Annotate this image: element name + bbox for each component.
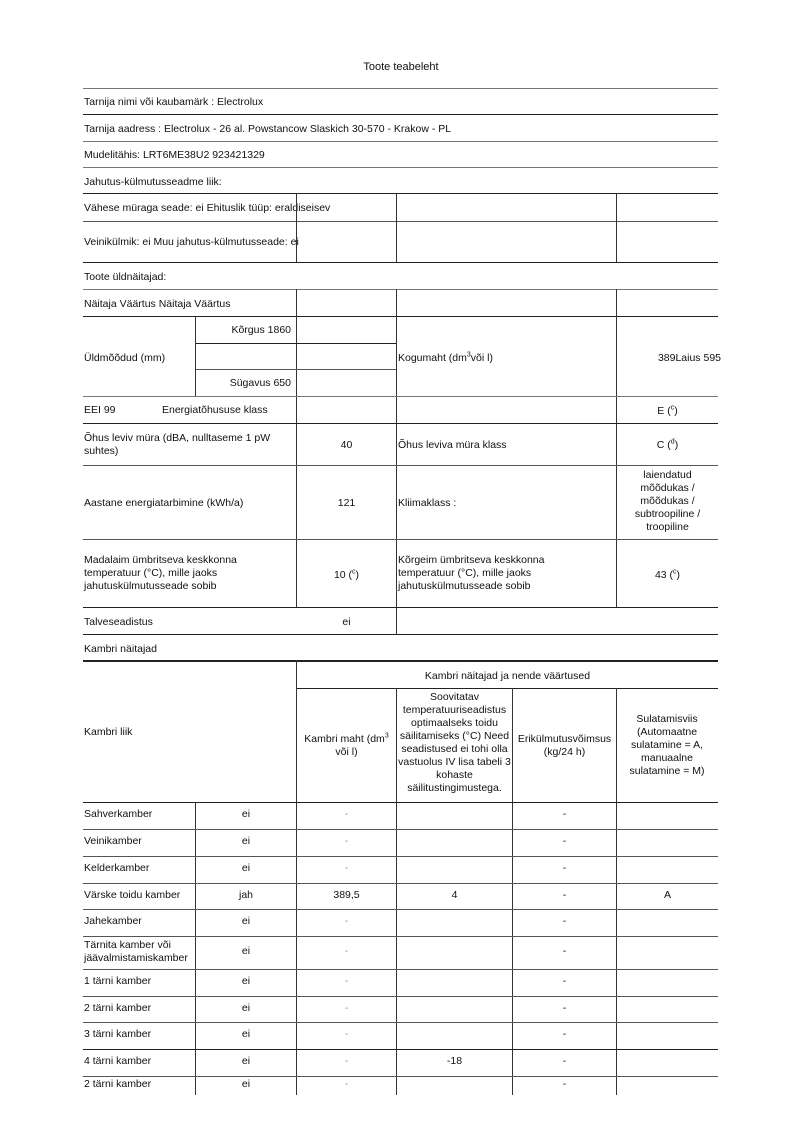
page-title: Toote teabeleht <box>0 61 802 73</box>
compartment-freeze: - <box>513 975 616 988</box>
divider <box>83 465 718 466</box>
compartment-freeze: - <box>513 889 616 902</box>
divider <box>83 802 718 803</box>
divider <box>83 396 718 397</box>
divider <box>83 660 718 662</box>
compartment-name: Kelderkamber <box>84 862 196 875</box>
compartment-volume: - <box>297 975 396 988</box>
divider <box>83 883 718 884</box>
parameter-header: Näitaja Väärtus Näitaja Väärtus <box>84 298 231 311</box>
compartment-name: 2 tärni kamber <box>84 1002 196 1015</box>
compartment-present: ei <box>196 1028 296 1041</box>
low-noise-row: Vähese müraga seade: ei Ehituslik tüüp: … <box>84 202 330 215</box>
divider <box>83 289 718 290</box>
divider <box>396 193 397 262</box>
divider <box>83 856 718 857</box>
divider <box>83 88 718 89</box>
compartment-volume: - <box>297 915 396 928</box>
max-temp-label: Kõrgeim ümbritseva keskkonna temperatuur… <box>398 554 568 593</box>
compartment-volume: - <box>297 835 396 848</box>
compartment-defrost-header: Sulatamisviis (Automaatne sulatamine = A… <box>620 713 714 778</box>
divider <box>83 829 718 830</box>
compartment-present: jah <box>196 889 296 902</box>
compartment-present: ei <box>196 808 296 821</box>
compartment-freeze: - <box>513 1028 616 1041</box>
compartment-name: 1 tärni kamber <box>84 975 196 988</box>
divider <box>196 369 396 370</box>
divider <box>83 316 718 317</box>
compartment-name: Värske toidu kamber <box>84 889 196 902</box>
compartment-present: ei <box>196 915 296 928</box>
compartment-volume: - <box>297 945 396 958</box>
compartment-temp: -18 <box>397 1055 512 1068</box>
compartment-freeze: - <box>513 1055 616 1068</box>
divider <box>83 634 718 635</box>
divider <box>297 688 718 689</box>
appliance-type-heading: Jahutus-külmutusseadme liik: <box>84 176 222 189</box>
compartment-freeze: - <box>513 1002 616 1015</box>
height-value: Kõrgus 1860 <box>196 324 291 337</box>
compartment-present: ei <box>196 945 296 958</box>
noise-class-value: C (d) <box>617 439 718 452</box>
compartment-volume: - <box>297 1055 396 1068</box>
compartment-freeze: - <box>513 1078 616 1091</box>
compartment-freeze: - <box>513 915 616 928</box>
dimensions-label: Üldmõõdud (mm) <box>84 352 165 365</box>
divider <box>83 114 718 115</box>
compartment-present: ei <box>196 1002 296 1015</box>
climate-class-value: laiendatud mõõdukas / mõõdukas / subtroo… <box>622 469 713 534</box>
compartment-volume: - <box>297 1028 396 1041</box>
noise-class-label: Õhus leviva müra klass <box>398 439 507 452</box>
divider <box>196 343 396 344</box>
winter-setting-label: Talveseadistus <box>84 616 153 629</box>
noise-label: Õhus leviv müra (dBA, nulltaseme 1 pW su… <box>84 432 289 458</box>
divider <box>83 1049 718 1050</box>
compartment-present: ei <box>196 835 296 848</box>
noise-value: 40 <box>297 439 396 452</box>
compartment-present: ei <box>196 975 296 988</box>
energy-class-label: Energiatõhususe klass <box>162 404 268 417</box>
divider <box>83 221 718 222</box>
climate-class-label: Kliimaklass : <box>398 497 456 510</box>
divider <box>83 969 718 970</box>
divider <box>83 1022 718 1023</box>
divider <box>83 996 718 997</box>
compartment-name: 3 tärni kamber <box>84 1028 196 1041</box>
depth-value: Sügavus 650 <box>196 377 291 390</box>
compartment-present: ei <box>196 1055 296 1068</box>
compartment-volume: - <box>297 808 396 821</box>
compartment-name: 4 tärni kamber <box>84 1055 196 1068</box>
divider <box>396 289 397 634</box>
min-temp-value: 10 (c) <box>297 569 396 582</box>
compartment-freeze: - <box>513 862 616 875</box>
total-volume-label: Kogumaht (dm3või l) <box>398 352 493 365</box>
divider <box>83 539 718 540</box>
divider <box>83 193 718 194</box>
compartment-type-header: Kambri liik <box>84 726 132 739</box>
compartment-name: Veinikamber <box>84 835 196 848</box>
eei-value: EEI 99 <box>84 404 116 417</box>
compartment-freeze: - <box>513 835 616 848</box>
compartment-defrost: A <box>617 889 718 902</box>
max-temp-value: 43 (c) <box>617 569 718 582</box>
supplier-name: Tarnija nimi või kaubamärk : Electrolux <box>84 96 263 109</box>
compartment-volume: - <box>297 1002 396 1015</box>
compartment-freeze-header: Erikülmutusvõimsus (kg/24 h) <box>513 733 616 759</box>
compartment-name: 2 tärni kamber <box>84 1078 196 1091</box>
winter-setting-value: ei <box>297 616 396 629</box>
compartment-present: ei <box>196 862 296 875</box>
divider <box>83 423 718 424</box>
divider <box>296 193 297 262</box>
model-identifier: Mudelitähis: LRT6ME38U2 923421329 <box>84 149 265 162</box>
annual-energy-value: 121 <box>297 497 396 510</box>
compartment-temp-header: Soovitatav temperatuuriseadistus optimaa… <box>397 691 512 795</box>
general-heading: Toote üldnäitajad: <box>84 271 166 284</box>
compartment-name: Sahverkamber <box>84 808 196 821</box>
divider <box>83 1076 718 1077</box>
wine-cooler-row: Veinikülmik: ei Muu jahutus-külmutussead… <box>84 236 299 249</box>
compartment-group-header: Kambri näitajad ja nende väärtused <box>297 670 718 683</box>
compartment-volume: 389,5 <box>297 889 396 902</box>
divider <box>83 936 718 937</box>
compartment-temp: 4 <box>397 889 512 902</box>
compartment-freeze: - <box>513 945 616 958</box>
compartment-freeze: - <box>513 808 616 821</box>
compartment-name: Tärnita kamber või jäävalmistamiskamber <box>84 939 196 965</box>
divider <box>83 167 718 168</box>
divider <box>83 262 718 263</box>
divider <box>83 909 718 910</box>
divider <box>83 141 718 142</box>
divider <box>83 607 718 608</box>
compartment-name: Jahekamber <box>84 915 196 928</box>
divider <box>616 193 617 262</box>
compartment-volume: - <box>297 862 396 875</box>
annual-energy-label: Aastane energiatarbimine (kWh/a) <box>84 497 243 510</box>
energy-class-value: E (c) <box>617 405 718 418</box>
min-temp-label: Madalaim ümbritseva keskkonna temperatuu… <box>84 554 264 593</box>
total-volume-value: 389Laius 595 <box>617 352 721 365</box>
compartments-heading: Kambri näitajad <box>84 643 157 656</box>
supplier-address: Tarnija aadress : Electrolux - 26 al. Po… <box>84 123 451 136</box>
compartment-volume: - <box>297 1078 396 1091</box>
compartment-volume-header: Kambri maht (dm3 või l) <box>297 733 396 759</box>
compartment-present: ei <box>196 1078 296 1091</box>
